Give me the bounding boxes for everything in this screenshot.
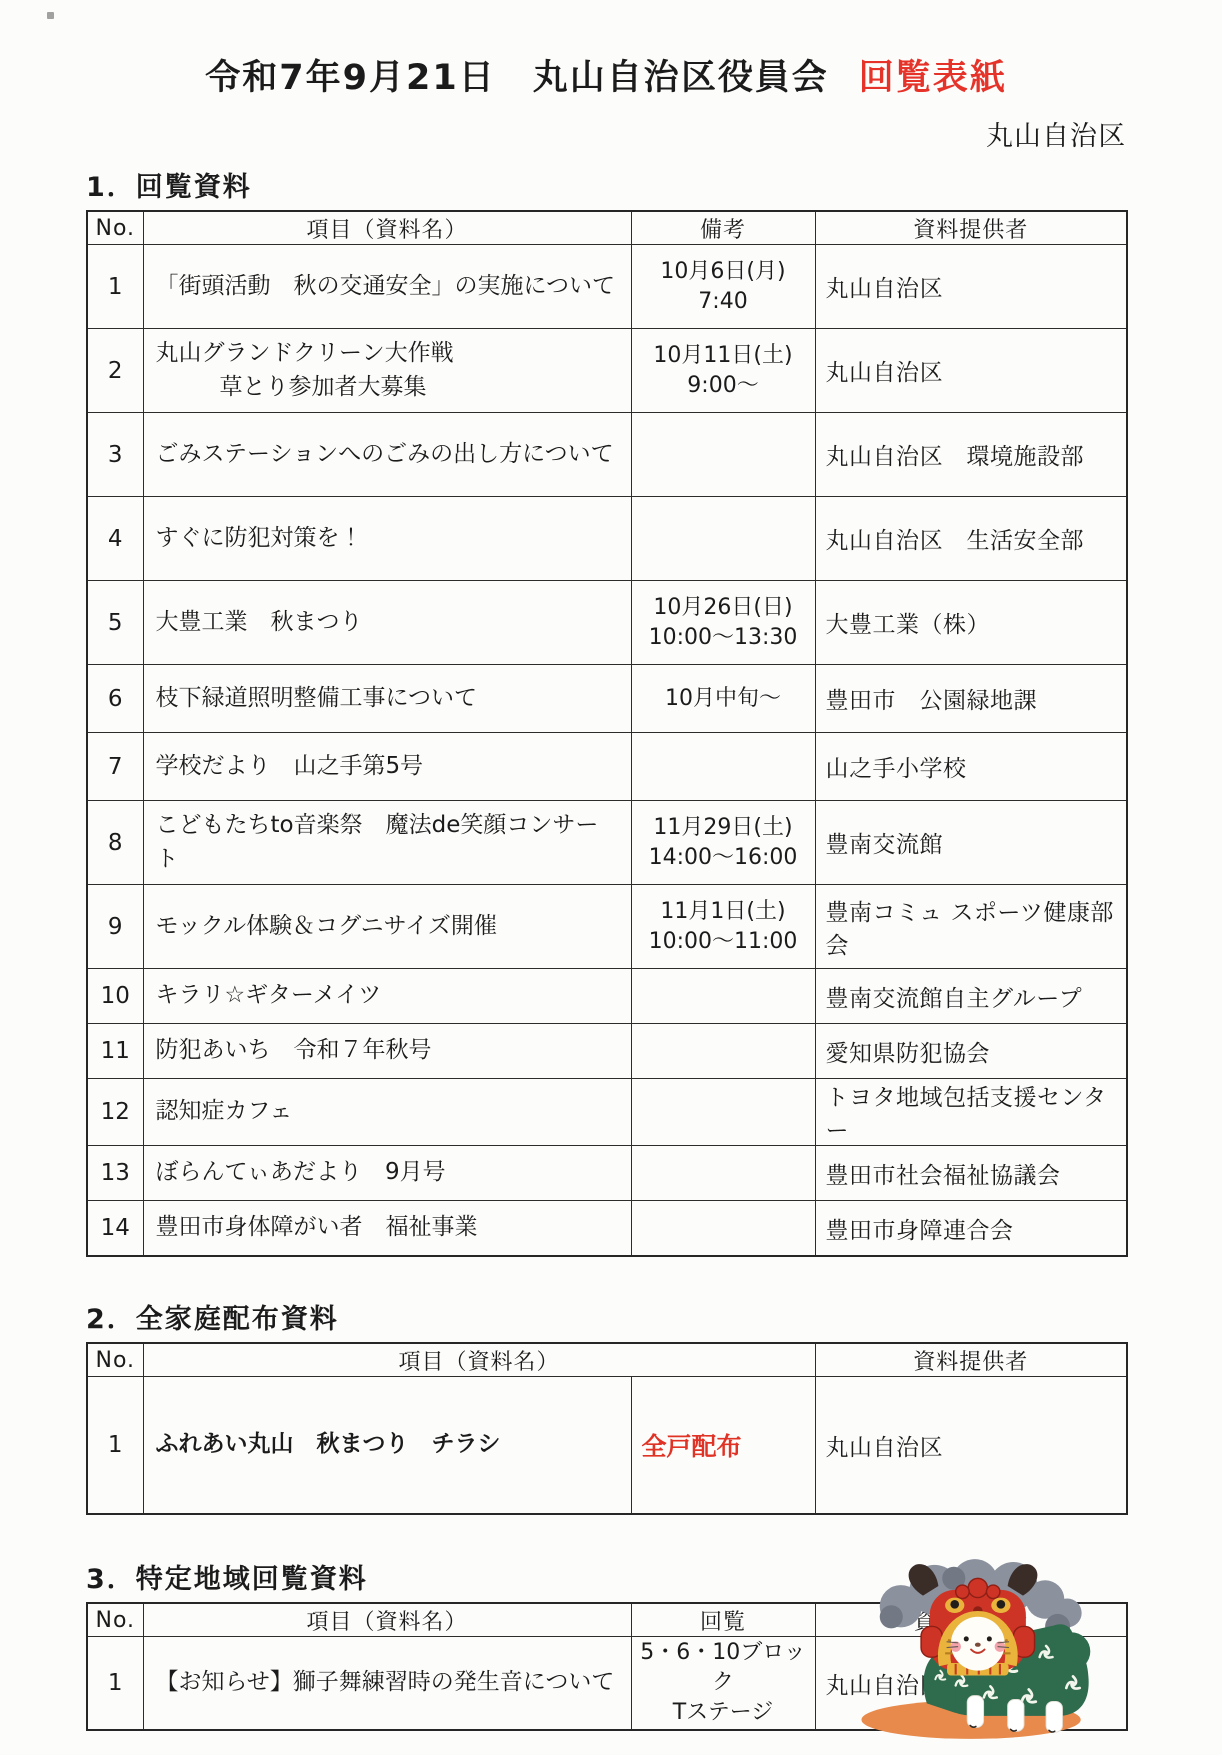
row-provider: 丸山自治区	[815, 245, 1127, 329]
row-no: 12	[87, 1079, 143, 1146]
table-row: 12 認知症カフェ トヨタ地域包括支援センター	[87, 1079, 1127, 1146]
row-item: 丸山グランドクリーン大作戦草とり参加者大募集	[143, 329, 631, 413]
row-item: こどもたちto音楽祭 魔法de笑顔コンサート	[143, 801, 631, 885]
row-provider: 山之手小学校	[815, 733, 1127, 801]
table-row: 13 ぼらんてぃあだより 9月号 豊田市社会福祉協議会	[87, 1146, 1127, 1201]
row-note: 11月1日(土)10:00～11:00	[631, 885, 815, 969]
row-provider: トヨタ地域包括支援センター	[815, 1079, 1127, 1146]
row-no: 14	[87, 1201, 143, 1257]
page-title-highlight: 回覧表紙	[859, 58, 1007, 98]
row-item: モックル体験＆コグニサイズ開催	[143, 885, 631, 969]
row-provider: 丸山自治区 環境施設部	[815, 413, 1127, 497]
shishimai-lion-dance-icon	[848, 1552, 1098, 1747]
table-row: 9 モックル体験＆コグニサイズ開催 11月1日(土)10:00～11:00 豊南…	[87, 885, 1127, 969]
row-provider: 豊田市 公園緑地課	[815, 665, 1127, 733]
row-item: 防犯あいち 令和７年秋号	[143, 1024, 631, 1079]
col-header-no: No.	[87, 1343, 143, 1377]
table-row: 14 豊田市身体障がい者 福祉事業 豊田市身障連合会	[87, 1201, 1127, 1257]
col-header-circulation: 回覧	[631, 1603, 815, 1637]
row-note: 11月29日(土)14:00～16:00	[631, 801, 815, 885]
row-provider: 豊田市社会福祉協議会	[815, 1146, 1127, 1201]
row-note	[631, 733, 815, 801]
row-no: 4	[87, 497, 143, 581]
row-no: 9	[87, 885, 143, 969]
row-provider: 丸山自治区	[815, 1377, 1127, 1515]
row-note	[631, 1201, 815, 1257]
row-note: 10月26日(日)10:00～13:30	[631, 581, 815, 665]
row-no: 5	[87, 581, 143, 665]
row-provider: 豊南交流館	[815, 801, 1127, 885]
row-provider: 愛知県防犯協会	[815, 1024, 1127, 1079]
table-row: 1 ふれあい丸山 秋まつり チラシ 全戸配布 丸山自治区	[87, 1377, 1127, 1515]
table-row: 3 ごみステーションへのごみの出し方について 丸山自治区 環境施設部	[87, 413, 1127, 497]
col-header-provider: 資料提供者	[815, 211, 1127, 245]
circulation-materials-table: No. 項目（資料名） 備考 資料提供者 1 「街頭活動 秋の交通安全」の実施に…	[86, 210, 1128, 1257]
table-row: 11 防犯あいち 令和７年秋号 愛知県防犯協会	[87, 1024, 1127, 1079]
row-item: ごみステーションへのごみの出し方について	[143, 413, 631, 497]
col-header-no: No.	[87, 211, 143, 245]
page-title-date-org: 令和7年9月21日 丸山自治区役員会	[205, 58, 828, 98]
row-circulation-note: 5・6・10ブロックTステージ	[631, 1637, 815, 1731]
col-header-item: 項目（資料名）	[143, 1603, 631, 1637]
row-item: 枝下緑道照明整備工事について	[143, 665, 631, 733]
row-note	[631, 1024, 815, 1079]
row-provider: 豊南交流館自主グループ	[815, 969, 1127, 1024]
row-note	[631, 413, 815, 497]
row-provider: 豊南コミュ スポーツ健康部会	[815, 885, 1127, 969]
scan-artifact-dot	[47, 12, 54, 19]
row-provider: 大豊工業（株）	[815, 581, 1127, 665]
row-item: キラリ☆ギターメイツ	[143, 969, 631, 1024]
page-title: 令和7年9月21日 丸山自治区役員会回覧表紙	[86, 50, 1126, 100]
row-distribution-note: 全戸配布	[631, 1377, 815, 1515]
document-page: 令和7年9月21日 丸山自治区役員会回覧表紙 丸山自治区 1．回覧資料 No. …	[86, 50, 1126, 1731]
table-row: 6 枝下緑道照明整備工事について 10月中旬～ 豊田市 公園緑地課	[87, 665, 1127, 733]
table-row: 4 すぐに防犯対策を！ 丸山自治区 生活安全部	[87, 497, 1127, 581]
row-note: 10月中旬～	[631, 665, 815, 733]
col-header-provider: 資料提供者	[815, 1343, 1127, 1377]
row-note: 10月11日(土)9:00～	[631, 329, 815, 413]
row-note	[631, 497, 815, 581]
col-header-note: 備考	[631, 211, 815, 245]
row-item: 認知症カフェ	[143, 1079, 631, 1146]
row-no: 1	[87, 1377, 143, 1515]
row-note: 10月6日(月)7:40	[631, 245, 815, 329]
organization-label: 丸山自治区	[86, 114, 1126, 153]
row-no: 3	[87, 413, 143, 497]
row-item: ふれあい丸山 秋まつり チラシ	[143, 1377, 631, 1515]
row-item: 大豊工業 秋まつり	[143, 581, 631, 665]
row-no: 2	[87, 329, 143, 413]
row-item: ぼらんてぃあだより 9月号	[143, 1146, 631, 1201]
row-provider: 丸山自治区	[815, 329, 1127, 413]
row-item: 学校だより 山之手第5号	[143, 733, 631, 801]
row-no: 1	[87, 1637, 143, 1731]
col-header-item: 項目（資料名）	[143, 1343, 815, 1377]
row-item: すぐに防犯対策を！	[143, 497, 631, 581]
row-no: 11	[87, 1024, 143, 1079]
row-no: 10	[87, 969, 143, 1024]
shishimai-mascot-illustration	[848, 1552, 1098, 1747]
row-item: 【お知らせ】獅子舞練習時の発生音について	[143, 1637, 631, 1731]
table-header-row: No. 項目（資料名） 備考 資料提供者	[87, 211, 1127, 245]
col-header-no: No.	[87, 1603, 143, 1637]
row-no: 7	[87, 733, 143, 801]
section2-heading: 2．全家庭配布資料	[86, 1297, 1126, 1336]
table-row: 10 キラリ☆ギターメイツ 豊南交流館自主グループ	[87, 969, 1127, 1024]
row-item: 豊田市身体障がい者 福祉事業	[143, 1201, 631, 1257]
row-note	[631, 1079, 815, 1146]
table-row: 7 学校だより 山之手第5号 山之手小学校	[87, 733, 1127, 801]
row-provider: 豊田市身障連合会	[815, 1201, 1127, 1257]
table-row: 2 丸山グランドクリーン大作戦草とり参加者大募集 10月11日(土)9:00～ …	[87, 329, 1127, 413]
table-row: 5 大豊工業 秋まつり 10月26日(日)10:00～13:30 大豊工業（株）	[87, 581, 1127, 665]
row-note	[631, 1146, 815, 1201]
table-row: 1 「街頭活動 秋の交通安全」の実施について 10月6日(月)7:40 丸山自治…	[87, 245, 1127, 329]
section1-heading: 1．回覧資料	[86, 165, 1126, 204]
row-no: 6	[87, 665, 143, 733]
table-header-row: No. 項目（資料名） 資料提供者	[87, 1343, 1127, 1377]
table-row: 8 こどもたちto音楽祭 魔法de笑顔コンサート 11月29日(土)14:00～…	[87, 801, 1127, 885]
row-item: 「街頭活動 秋の交通安全」の実施について	[143, 245, 631, 329]
row-provider: 丸山自治区 生活安全部	[815, 497, 1127, 581]
all-household-distribution-table: No. 項目（資料名） 資料提供者 1 ふれあい丸山 秋まつり チラシ 全戸配布…	[86, 1342, 1128, 1515]
row-note	[631, 969, 815, 1024]
row-no: 13	[87, 1146, 143, 1201]
row-no: 8	[87, 801, 143, 885]
col-header-item: 項目（資料名）	[143, 211, 631, 245]
row-no: 1	[87, 245, 143, 329]
